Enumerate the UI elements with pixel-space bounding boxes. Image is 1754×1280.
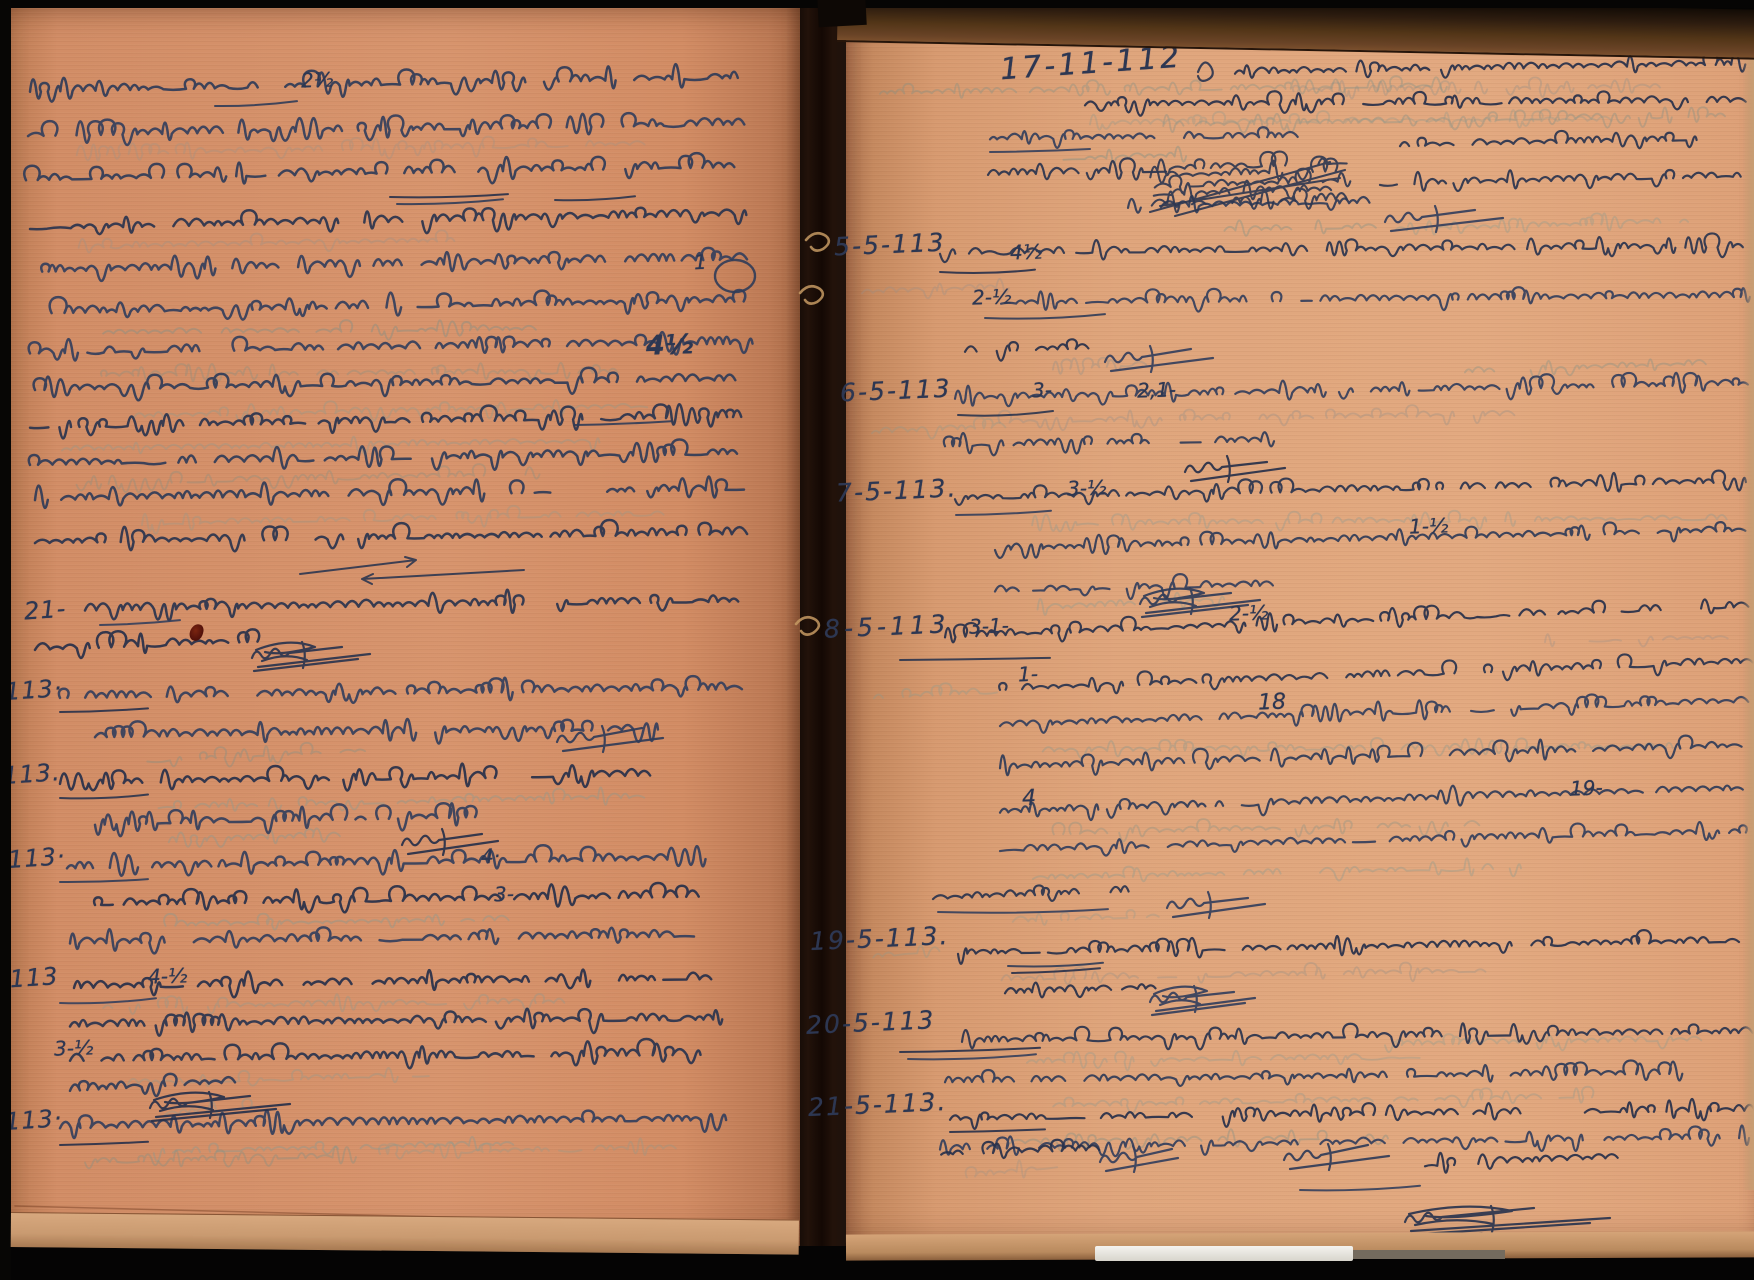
signature-flourishes <box>150 206 1610 1235</box>
inline-numeral: 4· <box>481 844 501 869</box>
inline-numeral: 2,1- <box>1137 377 1177 402</box>
gutter-shadow-notch <box>817 0 867 27</box>
right-page-edge-highlight <box>1742 40 1754 1190</box>
entry-date: 20-5-113 <box>805 1005 936 1040</box>
entry-date: 5-5-113 <box>833 228 946 262</box>
margin-entry-number: 21- <box>23 595 67 626</box>
inline-numeral: 3-½ <box>54 1035 94 1060</box>
entry-date: 8-5-113 <box>823 609 950 643</box>
scan-artifact-gray-sliver <box>1353 1250 1505 1259</box>
inline-numeral: 1- <box>1018 662 1039 687</box>
inline-numeral: 2½ <box>301 67 334 92</box>
margin-entry-number: 113· <box>4 674 63 706</box>
scan-edge-top <box>0 0 1754 8</box>
entry-date: 6-5-113 <box>839 374 952 408</box>
scan-artifact-white-sliver <box>1095 1246 1353 1261</box>
inline-numeral: 1 <box>694 250 708 274</box>
inline-numeral: 19- <box>1570 775 1603 800</box>
entry-date: 21-5-113. <box>807 1087 948 1122</box>
inline-numeral: 4-½ <box>148 963 188 988</box>
inline-numeral: 4 <box>1022 786 1037 811</box>
scan-edge-left <box>0 0 11 1280</box>
inline-numeral: 18 <box>1258 690 1287 716</box>
inline-numeral: 4½ <box>645 329 693 362</box>
inline-numeral: 2-½ <box>1229 600 1269 625</box>
ink-marks <box>300 63 1350 584</box>
entry-date: 19-5-113. <box>809 921 950 956</box>
inline-numeral: 3- <box>494 882 515 907</box>
inline-numeral: 2-½ <box>972 284 1012 309</box>
entry-date: 7-5-113. <box>835 473 958 507</box>
inline-numeral: 1-½ <box>1409 513 1449 538</box>
inline-numeral: 3-1- <box>969 613 1010 638</box>
inline-numeral: 4½ <box>1010 239 1043 264</box>
margin-entry-number: 113· <box>7 842 66 874</box>
margin-entry-number: 113· <box>4 1104 63 1136</box>
scanned-notebook-photo: 17-11-112 5-5-113 6-5-113 7-5-113. 8-5-1… <box>0 0 1754 1280</box>
inline-numeral: 3- <box>1032 378 1053 403</box>
inline-numeral: 3-½ <box>1067 475 1107 500</box>
